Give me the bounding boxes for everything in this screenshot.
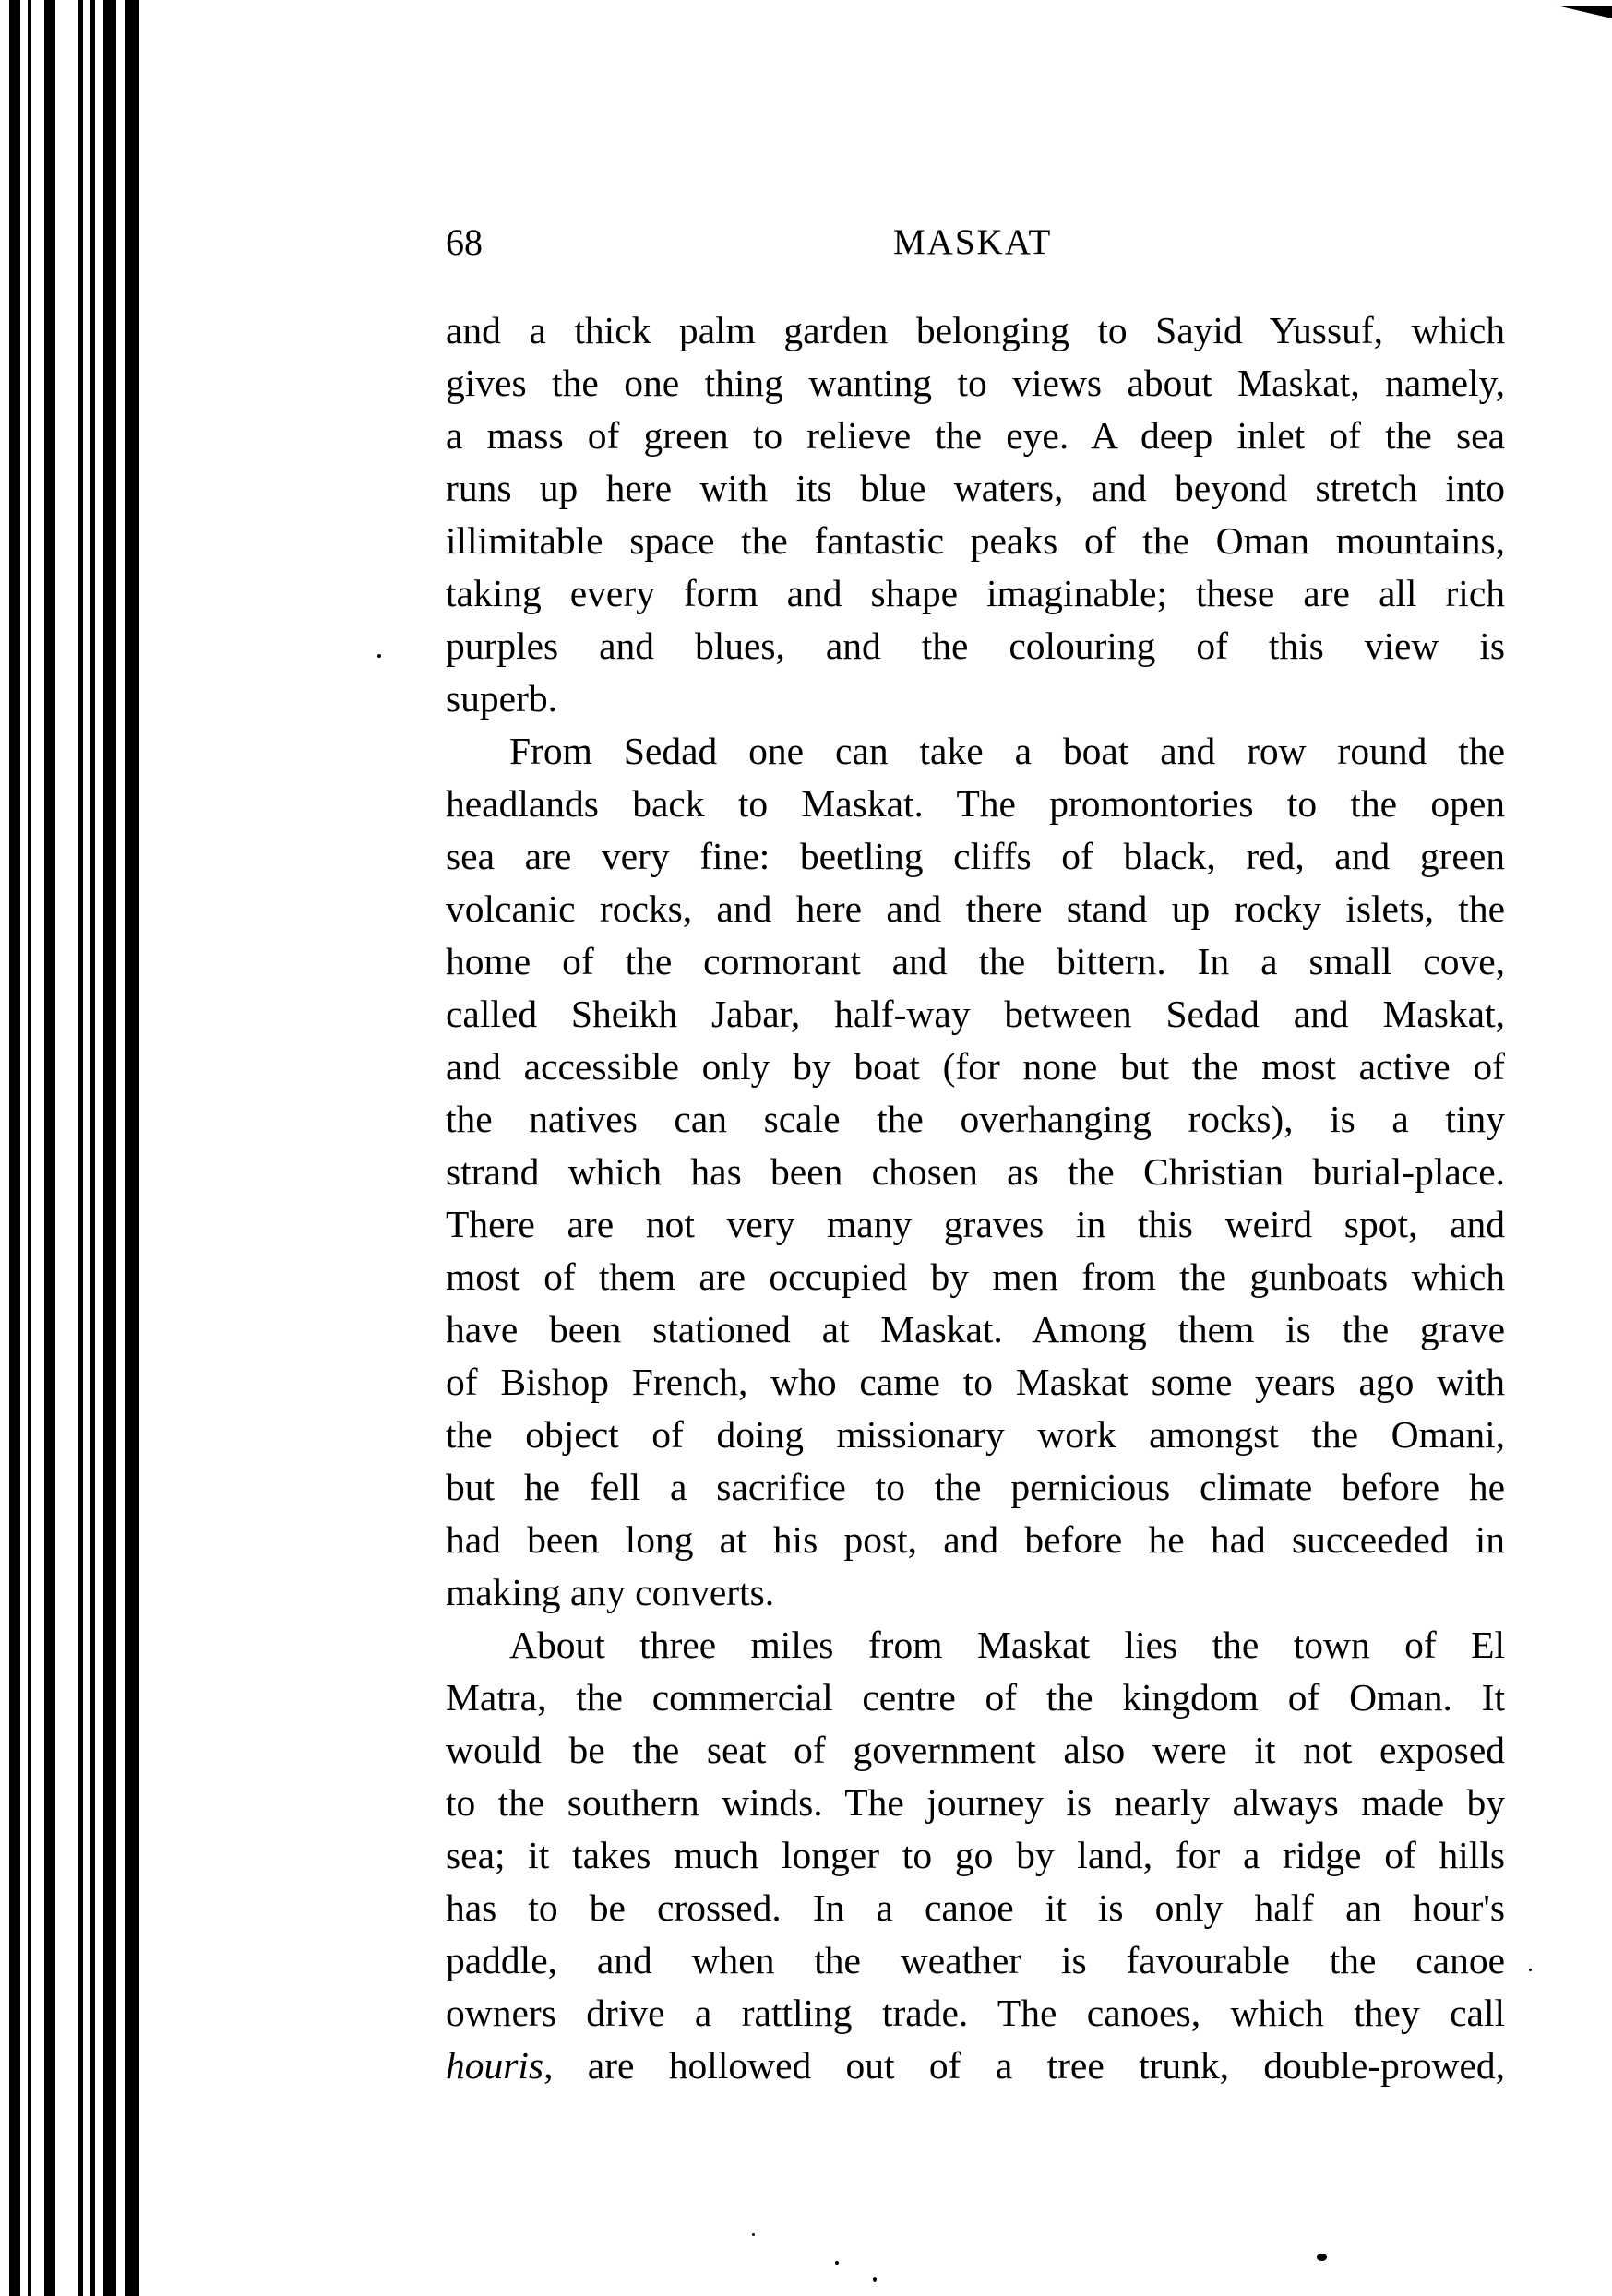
book-binding-gutter [0, 0, 148, 2296]
text-line: home of the cormorant and the bittern. I… [446, 935, 1505, 988]
italic-term: houris [446, 2044, 543, 2087]
binding-bar [103, 0, 116, 2296]
text-line: but he fell a sacrifice to the perniciou… [446, 1461, 1505, 1514]
text-line: purples and blues, and the colouring of … [446, 620, 1505, 672]
scan-corner-mark [1557, 6, 1612, 18]
paragraph: From Sedad one can take a boat and row r… [446, 725, 1505, 1619]
binding-bar [78, 0, 83, 2296]
text-line: gives the one thing wanting to views abo… [446, 357, 1505, 410]
text-line: to the southern winds. The journey is ne… [446, 1777, 1505, 1829]
text-line: have been stationed at Maskat. Among the… [446, 1303, 1505, 1356]
running-header: 68 MASKAT [446, 222, 1507, 263]
scan-speck [1529, 1969, 1532, 1971]
text-line: Matra, the commercial centre of the king… [446, 1671, 1505, 1724]
page-number: 68 [446, 222, 483, 263]
text-line: strand which has been chosen as the Chri… [446, 1146, 1505, 1198]
text-line: illimitable space the fantastic peaks of… [446, 515, 1505, 567]
text-line-continued: houris, are hollowed out of a tree trunk… [446, 2040, 1505, 2092]
text-line: sea; it takes much longer to go by land,… [446, 1829, 1505, 1882]
text-line: and accessible only by boat (for none bu… [446, 1041, 1505, 1093]
page-body: and a thick palm garden belonging to Say… [446, 304, 1505, 2092]
text-line: taking every form and shape imaginable; … [446, 567, 1505, 620]
text-line: most of them are occupied by men from th… [446, 1251, 1505, 1303]
text-line: of Bishop French, who came to Maskat som… [446, 1356, 1505, 1409]
scan-speck [1317, 2254, 1327, 2261]
binding-bar [90, 0, 95, 2296]
text-line: owners drive a rattling trade. The canoe… [446, 1987, 1505, 2040]
text-line: There are not very many graves in this w… [446, 1198, 1505, 1251]
binding-bar [28, 0, 31, 2296]
text-line: making any converts. [446, 1566, 1505, 1619]
text-line: had been long at his post, and before he… [446, 1514, 1505, 1566]
text-line: headlands back to Maskat. The promontori… [446, 778, 1505, 830]
scan-speck [377, 654, 381, 658]
text-line: superb. [446, 672, 1505, 725]
text-line: runs up here with its blue waters, and b… [446, 462, 1505, 515]
binding-bar [125, 0, 139, 2296]
text-line: called Sheikh Jabar, half-way between Se… [446, 988, 1505, 1041]
text-line: the natives can scale the overhanging ro… [446, 1093, 1505, 1146]
scan-speck [873, 2277, 877, 2282]
text-line: has to be crossed. In a canoe it is only… [446, 1882, 1505, 1934]
text-line: volcanic rocks, and here and there stand… [446, 883, 1505, 935]
text-line: sea are very fine: beetling cliffs of bl… [446, 830, 1505, 883]
text-line: a mass of green to relieve the eye. A de… [446, 410, 1505, 462]
text-line: About three miles from Maskat lies the t… [446, 1619, 1505, 1671]
binding-bar [9, 0, 20, 2296]
text-line: and a thick palm garden belonging to Say… [446, 304, 1505, 357]
text-line: paddle, and when the weather is favourab… [446, 1934, 1505, 1987]
running-title: MASKAT [893, 222, 1052, 263]
scan-speck [752, 2233, 755, 2236]
text-fragment: , are hollowed out of a tree trunk, doub… [543, 2044, 1505, 2087]
paragraph: and a thick palm garden belonging to Say… [446, 304, 1505, 725]
text-line: From Sedad one can take a boat and row r… [446, 725, 1505, 778]
text-line: the object of doing missionary work amon… [446, 1409, 1505, 1461]
paragraph: About three miles from Maskat lies the t… [446, 1619, 1505, 2092]
binding-bar [44, 0, 55, 2296]
scan-speck [835, 2261, 839, 2265]
text-line: would be the seat of government also wer… [446, 1724, 1505, 1777]
